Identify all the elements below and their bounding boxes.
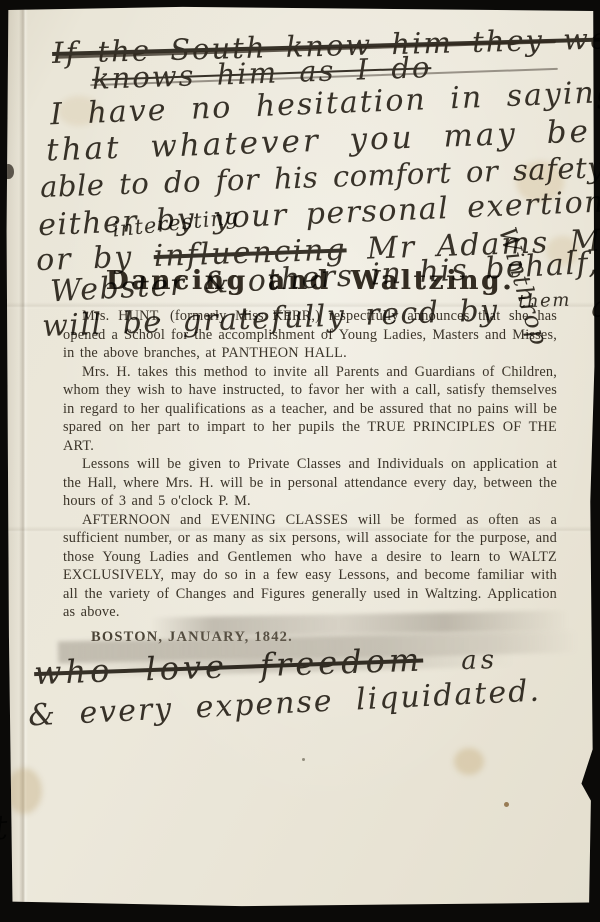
handwritten-inserted-word: them bbox=[518, 290, 571, 313]
ink-blot bbox=[3, 164, 14, 179]
handwritten-word: as bbox=[461, 645, 499, 676]
ad-paragraph-invitation: Mrs. H. takes this method to invite all … bbox=[63, 363, 557, 456]
ad-paragraph-classes: AFTERNOON and EVENING CLASSES will be fo… bbox=[63, 511, 557, 622]
paper-stain bbox=[6, 768, 42, 814]
paper-stain bbox=[454, 748, 484, 775]
handwritten-phrase: all .. bbox=[591, 287, 600, 325]
paper-speck bbox=[302, 758, 305, 761]
handwritten-margin-fragment: t bbox=[0, 808, 9, 849]
paper-speck bbox=[504, 802, 509, 807]
ad-paragraph-lessons: Lessons will be given to Private Classes… bbox=[63, 455, 557, 511]
